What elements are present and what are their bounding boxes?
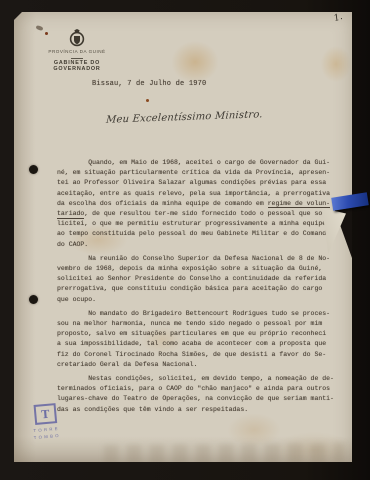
typed-line: proposto, salvo em situações particulare… — [57, 329, 349, 339]
stamp-monogram-box: T — [34, 403, 58, 425]
typed-line: prerrogativa, que constituiu condição bá… — [57, 284, 349, 294]
torre-do-tombo-archive-stamp: T TORRE TOMBO — [21, 402, 72, 441]
typed-text-segment: , de que resultou ter-me sido fornecido … — [84, 210, 326, 217]
paragraph-4: Nestas condições, solicitei, em devido t… — [57, 374, 349, 415]
typed-line: que ocupo. — [57, 295, 349, 305]
stamp-monogram: T — [41, 407, 50, 421]
scanned-letter: 1. PROVÍNCIA DA GUINÉ GABINETE DO GOVERN… — [0, 0, 370, 480]
typed-line: a sua impossibilidade, tal como acaba de… — [57, 339, 349, 349]
letterhead-ornament — [71, 56, 83, 59]
typed-line: vembro de 1968, depois da minha exposiçã… — [57, 264, 349, 274]
typed-line: terminados oficiais, para o CAOP do "chã… — [57, 384, 349, 394]
typed-line: das as condições que têm vindo a ser res… — [57, 405, 349, 415]
coat-of-arms-icon — [34, 29, 120, 47]
typed-line: Nestas condições, solicitei, em devido t… — [57, 374, 349, 384]
typed-line: tariado, de que resultou ter-me sido for… — [57, 209, 349, 219]
letter-page: 1. PROVÍNCIA DA GUINÉ GABINETE DO GOVERN… — [14, 12, 352, 462]
typed-line: licitei, o que me permitiu estruturar pr… — [57, 219, 349, 229]
typed-line: do CAOP. — [57, 240, 349, 250]
ink-speck — [146, 99, 149, 102]
typed-text-segment: da escolha dos oficiais da minha equipe … — [57, 200, 268, 207]
typed-line: Na reunião do Conselho Superior da Defes… — [57, 254, 349, 264]
handwritten-salutation: Meu Excelentíssimo Ministro. — [106, 109, 263, 126]
typed-line: ao tempo constituída pelo pessoal do meu… — [57, 229, 349, 239]
typed-line: No mandato do Brigadeiro Bettencourt Rod… — [57, 309, 349, 319]
dateline: Bissau, 7 de Julho de 1970 — [92, 80, 206, 88]
letterhead-office: GABINETE DO GOVERNADOR — [34, 60, 120, 72]
handwritten-page-mark: 1. — [333, 12, 344, 24]
paragraph-1: Quando, em Maio de 1968, aceitei o cargo… — [57, 158, 349, 250]
punch-hole-top — [29, 165, 38, 174]
punch-hole-bottom — [29, 295, 38, 304]
underlined-phrase: regime de volun- — [268, 200, 330, 209]
typed-line: solicitei ao Senhor Presidente do Consel… — [57, 274, 349, 284]
typed-lines: Quando, em Maio de 1968, aceitei o cargo… — [57, 158, 349, 199]
typed-line: da escolha dos oficiais da minha equipe … — [57, 199, 349, 209]
typed-line: tei ao Professor Oliveira Salazar alguma… — [57, 178, 349, 188]
paragraph-2: Na reunião do Conselho Superior da Defes… — [57, 254, 349, 305]
underlined-phrase: tariado — [57, 210, 84, 219]
typed-line: sou na melhor harmonia, nunca me tendo s… — [57, 319, 349, 329]
letterhead: PROVÍNCIA DA GUINÉ GABINETE DO GOVERNADO… — [34, 29, 120, 72]
verso-bleedthrough — [104, 443, 344, 465]
paragraph-3: No mandato do Brigadeiro Bettencourt Rod… — [57, 309, 349, 370]
typed-line: cretariado Geral da Defesa Nacional. — [57, 360, 349, 370]
typed-line: fiz do Coronel Tirocinado Rocha Simões, … — [57, 350, 349, 360]
typed-lines: licitei, o que me permitiu estruturar pr… — [57, 219, 349, 250]
typed-line: Quando, em Maio de 1968, aceitei o cargo… — [57, 158, 349, 168]
letterhead-province: PROVÍNCIA DA GUINÉ — [34, 49, 120, 54]
letter-body: Quando, em Maio de 1968, aceitei o cargo… — [57, 158, 349, 419]
typed-line: aceitação, entre as quais relevo, pela s… — [57, 189, 349, 199]
typed-line: né, em situação particularmente crítica … — [57, 168, 349, 178]
typed-line: lugares-chave do Teatro de Operações, na… — [57, 394, 349, 404]
